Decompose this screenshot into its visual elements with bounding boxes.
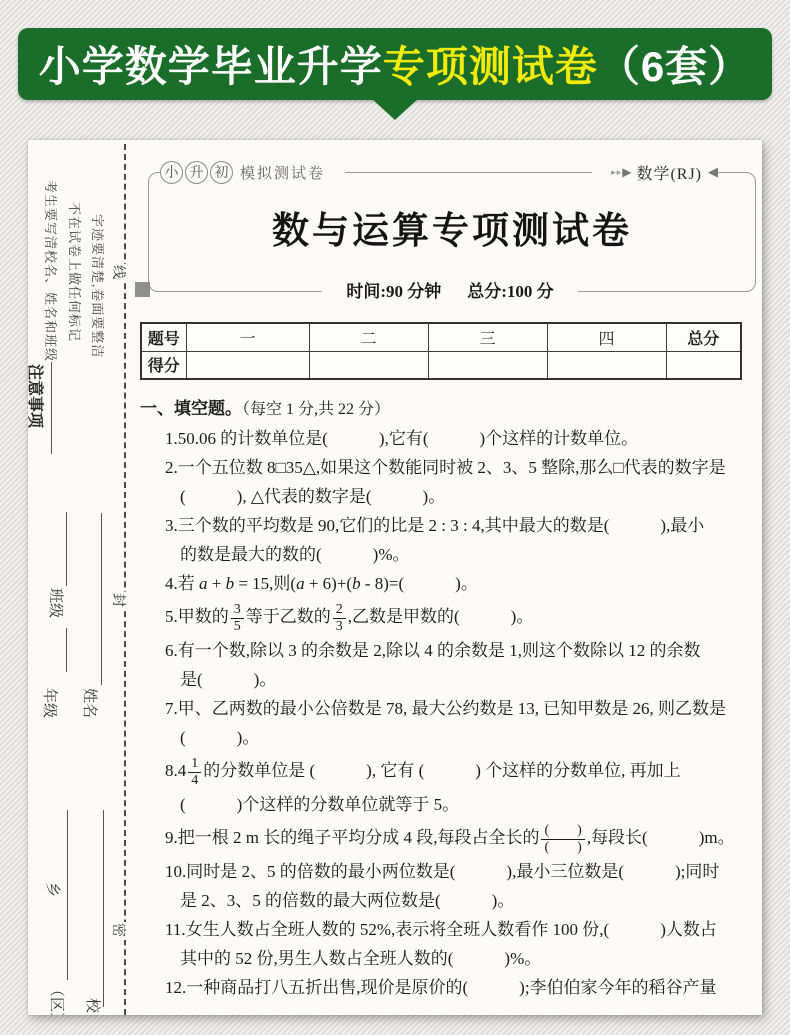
subject-tag: ▸ ▸ ▶ 数学(RJ) ◀: [592, 158, 718, 186]
fraction-denominator: ( ): [541, 840, 584, 856]
fraction-numerator: 1: [188, 756, 201, 773]
question-number: 10.: [165, 862, 186, 881]
question-3-line-2: 的数是最大的数的( )%。: [140, 540, 762, 569]
question-text: ( )。: [180, 728, 259, 747]
question-text: ( )个这样的分数单位就等于 5。: [180, 795, 459, 814]
badge-circle-char: 初: [210, 161, 233, 184]
score-header-cell: 三: [428, 323, 547, 351]
question-number: 3.: [165, 516, 178, 535]
question-8-line-2: ( )个这样的分数单位就等于 5。: [140, 790, 762, 819]
question-10-line-2: 是 2、3、5 的倍数的最大两位数是( )。: [140, 886, 762, 915]
score-table-score-row: 得分: [141, 351, 741, 379]
field-label-district: （区）: [47, 982, 68, 1015]
question-7: 7.甲、乙两数的最小公倍数是 78, 最大公约数是 13, 已知甲数是 26, …: [140, 694, 762, 723]
seal-char-line: 线: [106, 264, 132, 282]
question-number: 1.: [165, 429, 178, 448]
banner-text-highlight: 专项测试卷: [383, 34, 598, 94]
total-score-label: 总分:100 分: [467, 277, 553, 302]
score-header-cell: 总分: [666, 323, 741, 351]
question-text: 有一个数,除以 3 的余数是 2,除以 4 的余数是 1,则这个数除以 12 的…: [178, 641, 701, 660]
question-9: 9.把一根 2 m 长的绳子平均分成 4 段,每段占全长的( )( ),每段长(…: [140, 819, 762, 857]
question-text: 是 2、3、5 的倍数的最大两位数是( )。: [180, 891, 514, 910]
fraction-denominator: 4: [188, 773, 201, 789]
question-number: 6.: [165, 641, 178, 660]
score-table-header-row: 题号 一 二 三 四 总分: [141, 323, 741, 351]
mixed-number-whole: 4: [178, 761, 187, 780]
question-5: 5.甲数的35等于乙数的23,乙数是甲数的( )。: [140, 598, 762, 636]
field-blank-line: [101, 513, 102, 685]
question-text: 一种商品打八五折出售,现价是原价的( );李伯伯家今年的稻谷产量: [186, 978, 716, 997]
fraction-numerator: 3: [231, 602, 244, 619]
page-background: 小学数学毕业升学专项测试卷（6套） 考生要写清校名、姓名和班级 不在试卷上做任何…: [0, 0, 790, 1035]
question-text: 女生人数占全班人数的 52%,表示将全班人数看作 100 份,( )人数占: [186, 920, 717, 939]
badge-suffix-text: 模拟测试卷: [240, 162, 325, 183]
question-text: 若: [178, 574, 199, 593]
notice-line-2: 不在试卷上做任何标记: [66, 202, 85, 342]
fraction: 14: [188, 756, 201, 789]
question-2: 2.一个五位数 8□35△,如果这个数能同时被 2、3、5 整除,那么□代表的数…: [140, 453, 762, 482]
question-text: + 6)+(: [305, 574, 353, 593]
question-text: ( ), △代表的数字是( )。: [180, 487, 445, 506]
question-6-line-2: 是( )。: [140, 665, 762, 694]
section-note: （每空 1 分,共 22 分）: [242, 401, 390, 418]
field-label-grade: 年级: [40, 688, 61, 718]
section-header: 一、填空题。（每空 1 分,共 22 分）: [140, 394, 762, 424]
question-text: 甲、乙两数的最小公倍数是 78, 最大公约数是 13, 已知甲数是 26, 则乙…: [178, 699, 726, 718]
score-header-cell: 二: [309, 323, 428, 351]
question-number: 8.: [165, 761, 178, 780]
score-empty-cell: [309, 351, 428, 379]
time-total-row: 时间:90 分钟 总分:100 分: [322, 276, 578, 302]
notice-bracket-line: [51, 362, 52, 454]
main-content: 小 升 初 模拟测试卷 ▸ ▸ ▶ 数学(RJ) ◀ 数与运算专项测试卷 时间:…: [140, 140, 762, 1015]
fraction-numerator: ( ): [541, 823, 584, 840]
field-label-school: 校: [83, 998, 104, 1013]
banner-text-suffix: （6套）: [598, 34, 751, 94]
right-arrow-icon: ▸: [611, 167, 616, 178]
paper-title: 数与运算专项测试卷: [148, 200, 756, 254]
banner-text-prefix: 小学数学毕业升学: [39, 34, 383, 94]
question-text: 等于乙数的: [246, 607, 331, 626]
score-empty-cell: [666, 351, 741, 379]
question-2-line-2: ( ), △代表的数字是( )。: [140, 482, 762, 511]
question-1: 1.50.06 的计数单位是( ),它有( )个这样的计数单位。: [140, 424, 762, 453]
math-variable: a: [296, 574, 305, 593]
right-arrow-icon: ▶: [622, 165, 631, 180]
score-empty-cell: [186, 351, 309, 379]
score-empty-cell: [428, 351, 547, 379]
fraction-numerator: 2: [333, 602, 346, 619]
fraction: 35: [231, 602, 244, 635]
corner-square-mark: [135, 282, 150, 297]
question-text: 是( )。: [180, 670, 276, 689]
banner-pointer-triangle: [372, 99, 418, 120]
banner: 小学数学毕业升学专项测试卷（6套）: [18, 28, 772, 100]
field-blank-line: [67, 810, 68, 980]
question-text: 50.06 的计数单位是( ),它有( )个这样的计数单位。: [178, 429, 638, 448]
test-paper: 考生要写清校名、姓名和班级 不在试卷上做任何标记 字迹要清楚,卷面要整洁 注意事…: [28, 140, 762, 1015]
score-empty-cell: [547, 351, 666, 379]
notice-title: 注意事项: [28, 364, 48, 428]
score-header-cell: 一: [186, 323, 309, 351]
score-header-cell: 题号: [141, 323, 186, 351]
score-label-cell: 得分: [141, 351, 186, 379]
question-7-line-2: ( )。: [140, 723, 762, 752]
question-number: 7.: [165, 699, 178, 718]
question-number: 12.: [165, 978, 186, 997]
section-title: 一、填空题。: [140, 399, 242, 418]
question-11: 11.女生人数占全班人数的 52%,表示将全班人数看作 100 份,( )人数占: [140, 915, 762, 944]
math-variable: b: [226, 574, 235, 593]
notice-line-3: 字迹要清楚,卷面要整洁: [89, 214, 108, 358]
seal-char-mi: 密: [106, 922, 132, 940]
question-6: 6.有一个数,除以 3 的余数是 2,除以 4 的余数是 1,则这个数除以 12…: [140, 636, 762, 665]
question-text: ,乙数是甲数的( )。: [348, 607, 534, 626]
question-text: 一个五位数 8□35△,如果这个数能同时被 2、3、5 整除,那么□代表的数字是: [178, 458, 726, 477]
question-text: 的分数单位是 ( ), 它有 ( ) 个这样的分数单位, 再加上: [203, 761, 680, 780]
score-table: 题号 一 二 三 四 总分 得分: [140, 322, 742, 380]
question-text: = 15,则(: [234, 574, 296, 593]
question-text: 的数是最大的数的( )%。: [180, 545, 409, 564]
notice-line-1: 考生要写清校名、姓名和班级: [42, 180, 61, 362]
field-blank-line: [103, 810, 104, 1007]
question-number: 4.: [165, 574, 178, 593]
question-number: 2.: [165, 458, 178, 477]
question-12: 12.一种商品打八五折出售,现价是原价的( );李伯伯家今年的稻谷产量: [140, 973, 762, 1002]
field-label-class: 班级: [46, 588, 67, 618]
question-text: 三个数的平均数是 90,它们的比是 2 : 3 : 4,其中最大的数是( ),最…: [178, 516, 705, 535]
question-10: 10.同时是 2、5 的倍数的最小两位数是( ),最小三位数是( );同时: [140, 857, 762, 886]
seal-char-feng: 封: [106, 592, 132, 610]
badge-circle-char: 小: [160, 161, 183, 184]
question-number: 5.: [165, 607, 178, 626]
fraction-denominator: 3: [333, 619, 346, 635]
question-text: +: [208, 574, 226, 593]
left-arrow-icon: ◀: [708, 164, 718, 180]
questions-section: 一、填空题。（每空 1 分,共 22 分） 1.50.06 的计数单位是( ),…: [140, 394, 762, 1002]
score-header-cell: 四: [547, 323, 666, 351]
fraction-blank: ( )( ): [541, 823, 584, 856]
field-label-name: 姓名: [80, 688, 101, 718]
question-4: 4.若 a + b = 15,则(a + 6)+(b - 8)=( )。: [140, 569, 762, 598]
right-arrow-icon: ▸: [617, 167, 622, 178]
fraction: 23: [333, 602, 346, 635]
question-text: ,每段长( )m。: [587, 828, 735, 847]
field-blank-line: [66, 512, 67, 586]
time-label: 时间:90 分钟: [346, 277, 441, 302]
field-blank-line: [66, 628, 67, 672]
badge-circle-char: 升: [185, 161, 208, 184]
question-text: - 8)=( )。: [361, 574, 478, 593]
question-text: 其中的 52 份,男生人数占全班人数的( )%。: [180, 949, 541, 968]
question-8: 8.414的分数单位是 ( ), 它有 ( ) 个这样的分数单位, 再加上: [140, 752, 762, 790]
question-number: 11.: [165, 920, 186, 939]
question-text: 把一根 2 m 长的绳子平均分成 4 段,每段占全长的: [178, 828, 540, 847]
question-11-line-2: 其中的 52 份,男生人数占全班人数的( )%。: [140, 944, 762, 973]
question-3: 3.三个数的平均数是 90,它们的比是 2 : 3 : 4,其中最大的数是( )…: [140, 511, 762, 540]
fraction-denominator: 5: [231, 619, 244, 635]
question-number: 9.: [165, 828, 178, 847]
question-text: 甲数的: [178, 607, 229, 626]
exam-badge: 小 升 初 模拟测试卷: [160, 158, 345, 186]
subject-label: 数学(RJ): [636, 161, 702, 184]
math-variable: a: [199, 574, 208, 593]
field-label-township: 乡: [41, 882, 66, 897]
math-variable: b: [352, 574, 361, 593]
question-text: 同时是 2、5 的倍数的最小两位数是( ),最小三位数是( );同时: [186, 862, 719, 881]
